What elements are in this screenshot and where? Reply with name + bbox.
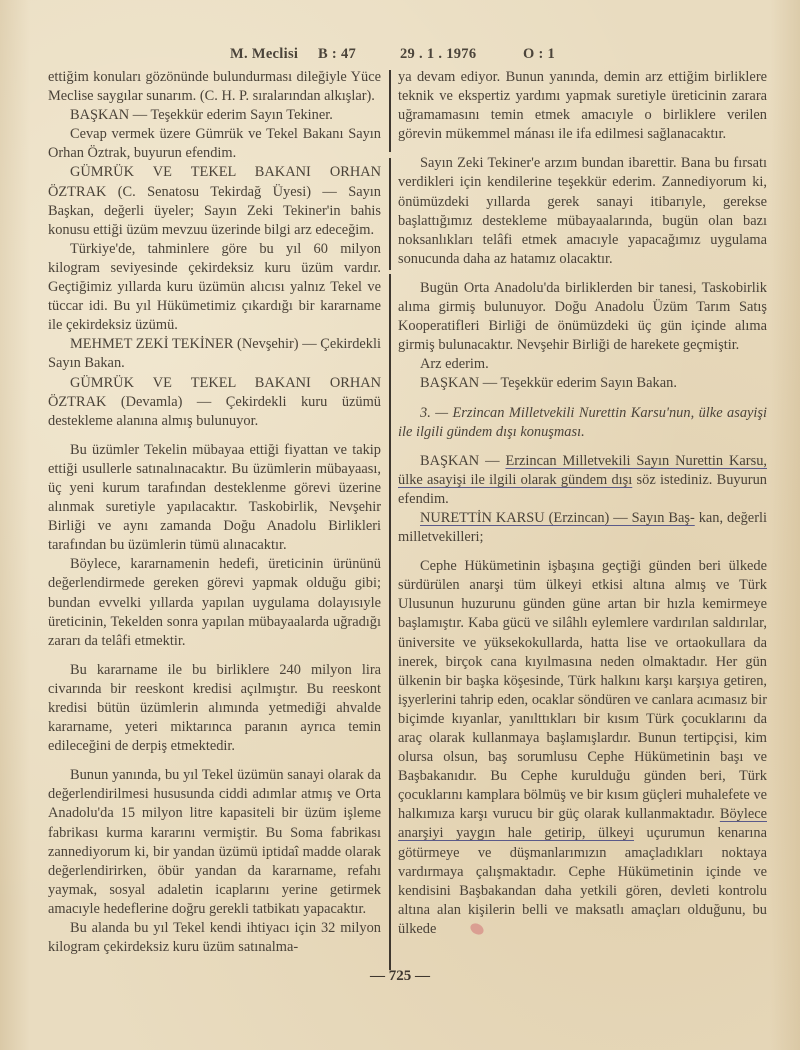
column-divider bbox=[389, 70, 391, 970]
paragraph: ya devam ediyor. Bunun yanında, demin ar… bbox=[398, 68, 767, 144]
page-number: — 725 — bbox=[0, 968, 800, 985]
speaker-paragraph: GÜMRÜK VE TEKEL BAKANI ORHAN ÖZTRAK (C. … bbox=[48, 163, 381, 239]
header-publication: M. Meclisi bbox=[230, 46, 298, 63]
speaker-paragraph: MEHMET ZEKİ TEKİNER (Nevşehir) — Çekirde… bbox=[48, 335, 381, 373]
pen-underlined-text: NURETTİN KARSU (Erzincan) — Sayın Baş- bbox=[420, 510, 695, 526]
speaker-paragraph: BAŞKAN — Erzincan Milletvekili Sayın Nur… bbox=[398, 452, 767, 509]
paragraph: Böylece, kararnamenin hedefi, üreticinin… bbox=[48, 555, 381, 650]
speaker-paragraph: GÜMRÜK VE TEKEL BAKANI ORHAN ÖZTRAK (Dev… bbox=[48, 374, 381, 431]
paragraph: Sayın Zeki Tekiner'e arzım bundan ibaret… bbox=[398, 154, 767, 269]
left-column: ettiğim konuları gözönünde bulundurması … bbox=[48, 68, 381, 957]
paragraph: Arz ederim. bbox=[398, 355, 767, 374]
speaker-paragraph: BAŞKAN — Teşekkür ederim Sayın Bakan. bbox=[398, 374, 767, 393]
header-sitting: O : 1 bbox=[523, 46, 555, 63]
header-session: B : 47 bbox=[318, 46, 356, 63]
header-date: 29 . 1 . 1976 bbox=[400, 46, 476, 63]
paragraph: Bu alanda bu yıl Tekel kendi ihtiyacı iç… bbox=[48, 919, 381, 957]
paragraph: Bu kararname ile bu birliklere 240 milyo… bbox=[48, 661, 381, 756]
speaker-paragraph: NURETTİN KARSU (Erzincan) — Sayın Baş- k… bbox=[398, 509, 767, 547]
paragraph: Bugün Orta Anadolu'da birliklerden bir t… bbox=[398, 279, 767, 355]
speaker-paragraph: BAŞKAN — Teşekkür ederim Sayın Tekiner. bbox=[48, 106, 381, 125]
paragraph: Bunun yanında, bu yıl Tekel üzümün sanay… bbox=[48, 766, 381, 919]
agenda-item-heading: 3. — Erzincan Milletvekili Nurettin Kars… bbox=[398, 404, 767, 442]
divider-break bbox=[389, 270, 391, 274]
document-page: M. Meclisi B : 47 29 . 1 . 1976 O : 1 et… bbox=[0, 0, 800, 1050]
paragraph: Türkiye'de, tahminlere göre bu yıl 60 mi… bbox=[48, 240, 381, 335]
paragraph: Bu üzümler Tekelin mübayaa ettiği fiyatt… bbox=[48, 441, 381, 556]
paragraph: Cevap vermek üzere Gümrük ve Tekel Bakan… bbox=[48, 125, 381, 163]
paragraph: Cephe Hükümetinin işbaşına geçtiği günde… bbox=[398, 557, 767, 939]
right-column: ya devam ediyor. Bunun yanında, demin ar… bbox=[398, 68, 767, 939]
divider-break bbox=[389, 152, 391, 158]
paragraph: ettiğim konuları gözönünde bulundurması … bbox=[48, 68, 381, 106]
